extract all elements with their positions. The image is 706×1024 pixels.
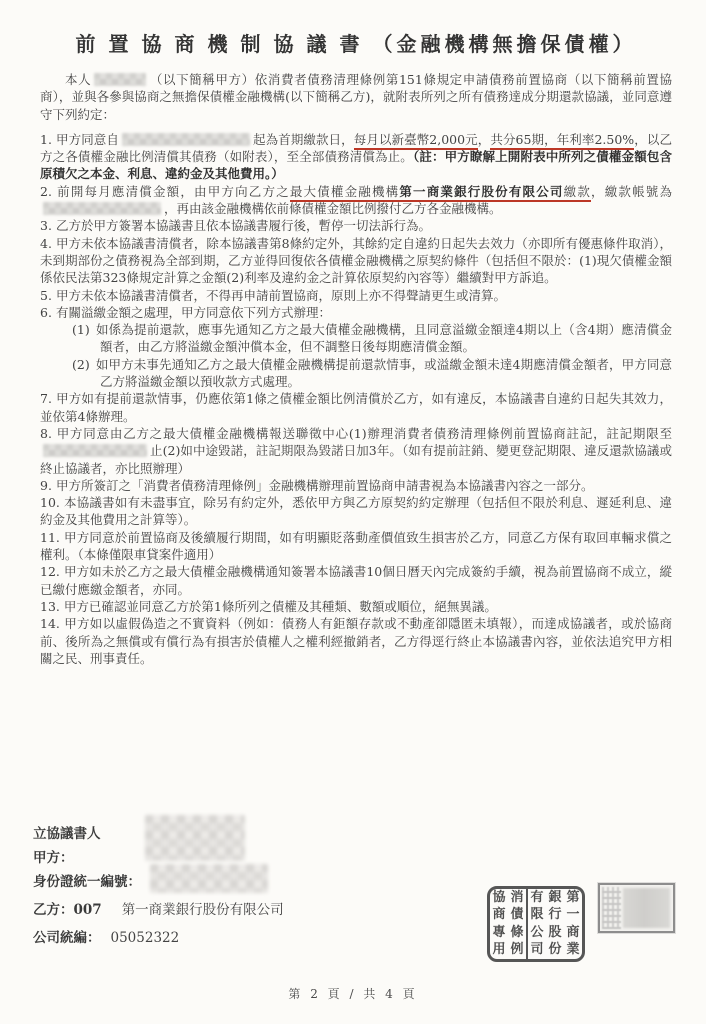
party-a-label: 甲方： [33,846,74,866]
clause-text: 乙方於甲方簽署本協議書且依本協議書履行後，暫停一切法訴行為。 [56,218,431,233]
clause-item: 2.前開每月應清償金額，由甲方向乙方之最大債權金融機構第一商業銀行股份有限公司繳… [40,183,672,218]
underlined-key-term: 最大債權金融機構 [290,184,400,202]
sub-item-number: (1) [72,322,96,337]
clause-item: 13.甲方已確認並同意乙方於第1條所列之債權及其種類、數額或順位，絕無異議。 [40,598,672,615]
clause-text: 如甲方未事先通知乙方之最大債權金融機構提前還款情事，或溢繳金額未達4期應清償金額… [96,357,672,389]
page-title: 前置協商機制協議書（金融機構無擔保債權） [40,28,672,57]
clause-number: 1. [40,132,56,147]
seal-column: 第一商業 [564,889,582,959]
company-id-line: 公司統編：05052322 [33,926,179,946]
clause-text: 本協議書如有未盡事宜，除另有約定外，悉依甲方與乙方原契約約定辦理（包括但不限於利… [40,495,672,527]
redacted-text [122,133,250,146]
id-number-label: 身份證統一編號： [33,870,141,890]
company-id-label: 公司統編： [33,930,101,946]
clause-text: 甲方如有提前還款情事，仍應依第1條之債權金額比例清償於乙方，如有違反，本協議書自… [40,391,672,423]
clause-item: 9.甲方所簽訂之「消費者債務清理條例」金融機構辦理前置協商申請書視為本協議書內容… [40,477,672,494]
clause-text: 甲方已確認並同意乙方於第1條所列之債權及其種類、數額或順位，絕無異議。 [64,599,497,614]
clause-item: 8.甲方同意由乙方之最大債權金融機構報送聯徵中心(1)辦理消費者債務清理條例前置… [40,425,672,477]
seal-column: 協商專用 [490,889,508,959]
clause-number: 4. [40,236,56,251]
clause-item: 11.甲方同意於前置協商及後續履行期間，如有明顯貶落動產價值致生損害於乙方，同意… [40,529,672,564]
clause-text: 甲方所簽訂之「消費者債務清理條例」金融機構辦理前置協商申請書視為本協議書內容之一… [56,478,594,493]
title-main: 前置協商機制協議書 [76,32,373,56]
clause-item: 10.本協議書如有未盡事宜，除另有約定外，悉依甲方與乙方原契約約定辦理（包括但不… [40,494,672,529]
clause-item: 7.甲方如有提前還款情事，仍應依第1條之債權金額比例清償於乙方，如有違反，本協議… [40,390,672,425]
redacted-text [94,73,146,86]
clause-text: 甲方如以虛假偽造之不實資料（例如：債務人有鉅額存款或不動產卻隱匿未填報），而達成… [40,616,672,666]
clause-item: 4.甲方未依本協議書清償者，除本協議書第8條約定外，其餘約定自違約日起失去效力（… [40,235,672,287]
clause-text: 前開每月應清償金額，由甲方向乙方之 [56,184,290,199]
signatory-label: 立協議書人 [33,822,101,842]
clause-number: 6. [40,305,56,320]
clause-sub-item: (2)如甲方未事先通知乙方之最大債權金融機構提前還款情事，或溢繳金額未達4期應清… [72,356,672,391]
company-id-value: 05052322 [111,930,180,946]
clause-text: 甲方同意由乙方之最大債權金融機構報送聯徵中心(1)辦理消費者債務清理條例前置協商… [56,426,672,441]
party-b-line: 乙方：007第一商業銀行股份有限公司 [33,898,284,918]
clause-number: 5. [40,288,56,303]
clause-number: 10. [40,495,64,510]
clause-number: 2. [40,184,56,199]
clause-text: 如係為提前還款，應事先通知乙方之最大債權金融機構，且同意溢繳金額達4期以上（含4… [96,322,672,354]
clause-item: 5.甲方未依本協議書清償者，不得再申請前置協商，原則上亦不得聲請更生或清算。 [40,287,672,304]
seal-glyphs [602,887,621,929]
clause-text: ，繳款帳號為 [591,184,672,199]
redacted-id-number [150,864,268,893]
clause-number: 13. [40,599,64,614]
clause-number: 7. [40,391,56,406]
clause-text: 本人 [65,72,91,87]
bank-negotiation-seal: 協商專用消債條例有限公司銀行股份第一商業 [487,886,585,962]
redacted-text [43,202,161,215]
underlined-key-term: 繳款 [564,184,591,202]
page-number: 第 2 頁 / 共 4 頁 [0,985,706,1002]
clause-text: 起為首期繳款日， [253,132,354,147]
seal-column: 銀行股份 [546,889,564,959]
clause-number: 8. [40,426,56,441]
seal-column: 有限公司 [528,889,546,959]
clause-item: 14.甲方如以虛假偽造之不實資料（例如：債務人有鉅額存款或不動產卻隱匿未填報），… [40,615,672,667]
clause-text: 甲方未依本協議書清償者，不得再申請前置協商，原則上亦不得聲請更生或清算。 [56,288,506,303]
underlined-key-term: 共分65期，年利率2.50% [490,132,634,150]
secondary-seal-stamp [598,883,675,933]
clause-sub-item: (1)如係為提前還款，應事先通知乙方之最大債權金融機構，且同意溢繳金額達4期以上… [72,321,672,356]
clause-item: 3.乙方於甲方簽署本協議書且依本協議書履行後，暫停一切法訴行為。 [40,217,672,234]
clause-text: 甲方如未於乙方之最大債權金融機構通知簽署本協議書10個日曆天內完成簽約手續，視為… [40,564,672,596]
underlined-key-term: 每月以新臺幣2,000元 [354,132,478,150]
clause-list: 1.甲方同意自起為首期繳款日，每月以新臺幣2,000元，共分65期，年利率2.5… [40,131,672,667]
seal-column: 消債條例 [508,889,528,959]
party-b-label: 乙方：007 [33,902,102,918]
clause-text: ，再由該金融機構依前條債權金額比例撥付乙方各金融機構。 [164,201,502,216]
underlined-key-term: 第一商業銀行股份有限公司 [399,184,563,202]
redacted-text [43,444,147,457]
clause-text: 甲方同意於前置協商及後續履行期間，如有明顯貶落動產價值致生損害於乙方，同意乙方保… [40,530,672,562]
redacted-seal-area [623,888,670,928]
clause-text: ， [478,132,491,147]
clause-item: 12.甲方如未於乙方之最大債權金融機構通知簽署本協議書10個日曆天內完成簽約手續… [40,563,672,598]
redacted-signature [145,815,245,861]
clause-item: 1.甲方同意自起為首期繳款日，每月以新臺幣2,000元，共分65期，年利率2.5… [40,131,672,183]
intro-paragraph: 本人（以下簡稱甲方）依消費者債務清理條例第151條規定申請債務前置協商（以下簡稱… [40,71,672,123]
clause-number: 11. [40,530,64,545]
document-page: 前置協商機制協議書（金融機構無擔保債權） 本人（以下簡稱甲方）依消費者債務清理條… [0,0,706,1024]
clause-text: 甲方未依本協議書清償者，除本協議書第8條約定外，其餘約定自違約日起失去效力（亦即… [40,236,672,286]
sub-item-number: (2) [72,357,96,372]
party-b-name: 第一商業銀行股份有限公司 [122,902,284,918]
clause-item: 6.有關溢繳金額之處理，甲方同意依下列方式辦理： [40,304,672,321]
clause-text: 有關溢繳金額之處理，甲方同意依下列方式辦理： [56,305,331,320]
clause-text: 甲方同意自 [56,132,119,147]
clause-number: 3. [40,218,56,233]
title-suffix: （金融機構無擔保債權） [373,32,637,56]
clause-number: 12. [40,564,64,579]
clause-number: 9. [40,478,56,493]
clause-number: 14. [40,616,64,631]
